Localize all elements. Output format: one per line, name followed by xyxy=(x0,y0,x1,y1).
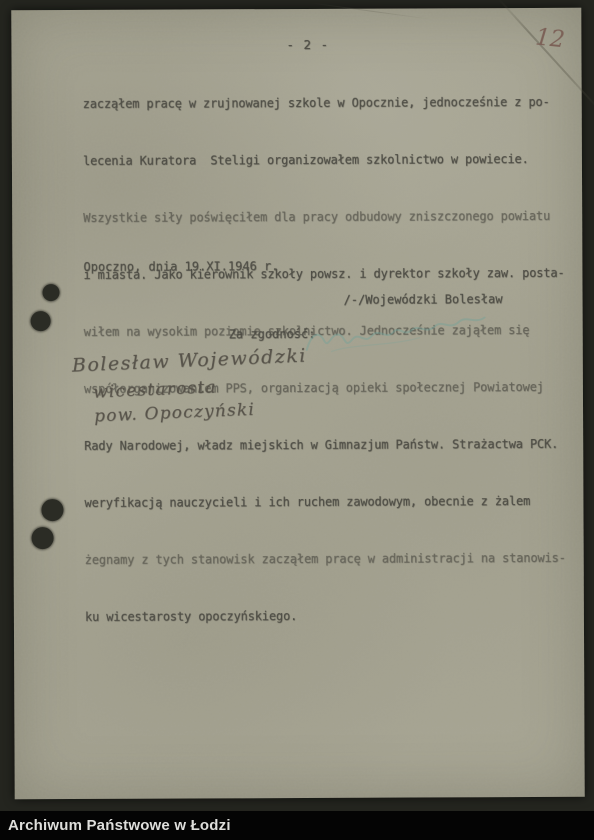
archive-name: Archiwum Państwowe w Łodzi xyxy=(0,817,231,834)
body-line: Rady Narodowej, władz miejskich w Gimnaz… xyxy=(84,435,565,456)
body-line: lecenia Kuratora Steligi organizowałem s… xyxy=(83,150,564,171)
punch-hole xyxy=(42,284,59,301)
punch-hole xyxy=(31,311,51,331)
body-line: zacząłem pracę w zrujnowanej szkole w Op… xyxy=(83,93,564,114)
body-line: ku wicestarosty opoczyńskiego. xyxy=(85,606,566,627)
punch-hole xyxy=(41,499,63,521)
handwritten-signature-block: Bolesław Wojewódzki wicestarosta pow. Op… xyxy=(71,344,309,427)
paper-crease xyxy=(312,3,431,20)
body-line: Wszystkie siły poświęciłem dla pracy odb… xyxy=(83,207,564,228)
page-number: - 2 - xyxy=(286,37,329,52)
dateline: Opoczno, dnia 19.XI.1946 r. xyxy=(83,259,278,274)
body-line: żegnamy z tych stanowisk zacząłem pracę … xyxy=(85,549,566,570)
punch-hole xyxy=(32,527,54,549)
scanned-document-page: - 2 - 12 zacząłem pracę w zrujnowanej sz… xyxy=(11,8,584,799)
body-line: weryfikacją nauczycieli i ich ruchem zaw… xyxy=(84,492,565,513)
handwritten-page-annotation: 12 xyxy=(534,24,566,53)
archive-footer-bar: Archiwum Państwowe w Łodzi xyxy=(0,811,594,840)
